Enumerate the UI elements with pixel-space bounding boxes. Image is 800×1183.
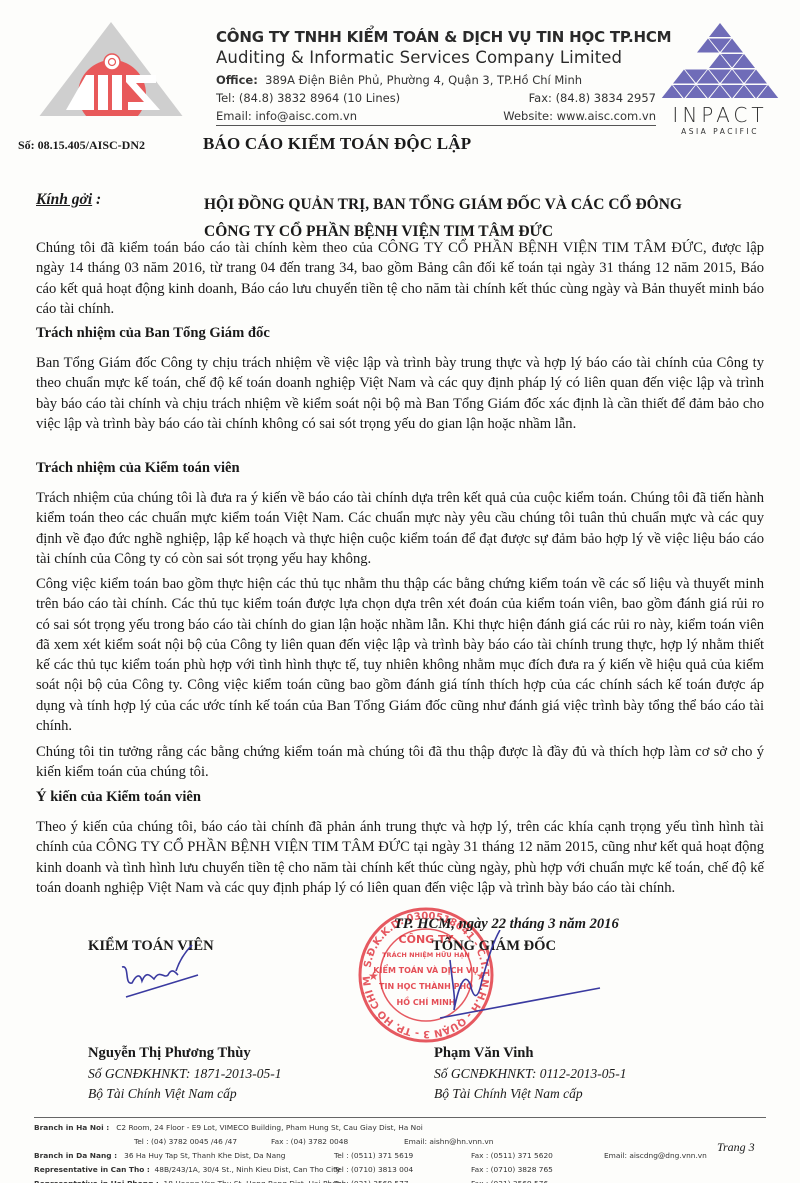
inpact-logo: INPACT ASIA PACIFIC — [660, 20, 780, 130]
company-website: Website: www.aisc.com.vn — [503, 109, 656, 123]
section-heading-management-responsibility: Trách nhiệm của Ban Tổng Giám đốc — [36, 325, 270, 342]
director-name: Phạm Văn Vinh — [434, 1045, 534, 1062]
director-signature — [430, 930, 610, 1020]
footer-row-cantho: Representative in Can Tho : 48B/243/1A, … — [34, 1165, 340, 1174]
footer-hanoi-email: Email: aishn@hn.vnn.vn — [404, 1137, 493, 1146]
addressee-line-1: HỘI ĐỒNG QUẢN TRỊ, BAN TỔNG GIÁM ĐỐC VÀ … — [204, 191, 682, 218]
addressee: HỘI ĐỒNG QUẢN TRỊ, BAN TỔNG GIÁM ĐỐC VÀ … — [204, 191, 682, 245]
footer-hanoi-tel: Tel : (04) 3782 0045 /46 /47 — [134, 1137, 237, 1146]
auditor-cert-issuer: Bộ Tài Chính Việt Nam cấp — [88, 1084, 282, 1104]
inpact-triangle-icon — [660, 20, 780, 98]
footer-danang-fax: Fax : (0511) 371 5620 — [471, 1151, 553, 1160]
footer-row-hanoi: Branch in Ha Noi : C2 Room, 24 Floor - E… — [34, 1123, 423, 1132]
salutation: Kính gởi : — [36, 191, 101, 209]
inpact-subtitle: ASIA PACIFIC — [660, 127, 780, 136]
aisc-logo — [36, 20, 186, 120]
page-number: Trang 3 — [717, 1140, 755, 1155]
footer-haiphong-fax: Fax : (031) 3569 576 — [471, 1179, 548, 1183]
auditor-responsibility-paragraph-1: Trách nhiệm của chúng tôi là đưa ra ý ki… — [36, 488, 764, 569]
auditor-responsibility-paragraph-3: Chúng tôi tin tưởng rằng các bằng chứng … — [36, 742, 764, 783]
footer-row-haiphong: Representative in Hai Phong : 18 Hoang V… — [34, 1179, 346, 1183]
office-label: Office: — [216, 73, 258, 87]
section-heading-auditor-opinion: Ý kiến của Kiểm toán viên — [36, 789, 201, 806]
director-certificate: Số GCNĐKHNKT: 0112-2013-05-1 Bộ Tài Chín… — [434, 1064, 627, 1104]
footer-cantho-tel: Tel : (0710) 3813 004 — [334, 1165, 413, 1174]
office-address: 389A Điện Biên Phủ, Phường 4, Quận 3, TP… — [265, 73, 582, 87]
footer-cantho-fax: Fax : (0710) 3828 765 — [471, 1165, 553, 1174]
section-heading-auditor-responsibility: Trách nhiệm của Kiểm toán viên — [36, 460, 240, 477]
company-tel: Tel: (84.8) 3832 8964 (10 Lines) — [216, 91, 400, 105]
intro-paragraph: Chúng tôi đã kiểm toán báo cáo tài chính… — [36, 238, 764, 319]
footer-danang-tel: Tel : (0511) 371 5619 — [334, 1151, 413, 1160]
footer-hanoi-fax: Fax : (04) 3782 0048 — [271, 1137, 348, 1146]
auditor-opinion-paragraph: Theo ý kiến của chúng tôi, báo cáo tài c… — [36, 817, 764, 898]
auditor-certificate: Số GCNĐKHNKT: 1871-2013-05-1 Bộ Tài Chín… — [88, 1064, 282, 1104]
director-cert-issuer: Bộ Tài Chính Việt Nam cấp — [434, 1084, 627, 1104]
auditor-responsibility-paragraph-2: Công việc kiểm toán bao gồm thực hiện cá… — [36, 574, 764, 736]
report-title: BÁO CÁO KIỂM TOÁN ĐỘC LẬP — [203, 134, 471, 154]
company-email: Email: info@aisc.com.vn — [216, 109, 357, 123]
company-fax: Fax: (84.8) 3834 2957 — [529, 91, 656, 105]
company-name-vn: CÔNG TY TNHH KIỂM TOÁN & DỊCH VỤ TIN HỌC… — [216, 28, 656, 46]
auditor-signature — [110, 945, 210, 1005]
auditor-cert-number: Số GCNĐKHNKT: 1871-2013-05-1 — [88, 1064, 282, 1084]
footer-danang-email: Email: aiscdng@dng.vnn.vn — [604, 1151, 707, 1160]
auditor-name: Nguyễn Thị Phương Thùy — [88, 1045, 251, 1062]
footer-row-danang: Branch in Da Nang : 36 Ha Huy Tap St, Th… — [34, 1151, 286, 1160]
company-letterhead: CÔNG TY TNHH KIỂM TOÁN & DỊCH VỤ TIN HỌC… — [216, 28, 656, 126]
management-responsibility-paragraph: Ban Tổng Giám đốc Công ty chịu trách nhi… — [36, 353, 764, 434]
report-reference-number: Số: 08.15.405/AISC-DN2 — [18, 138, 145, 153]
footer-haiphong-tel: Tel : (031) 3569 577 — [334, 1179, 409, 1183]
inpact-name: INPACT — [660, 103, 780, 127]
company-name-en: Auditing & Informatic Services Company L… — [216, 48, 656, 67]
director-cert-number: Số GCNĐKHNKT: 0112-2013-05-1 — [434, 1064, 627, 1084]
branch-footer: Branch in Ha Noi : C2 Room, 24 Floor - E… — [34, 1117, 766, 1118]
